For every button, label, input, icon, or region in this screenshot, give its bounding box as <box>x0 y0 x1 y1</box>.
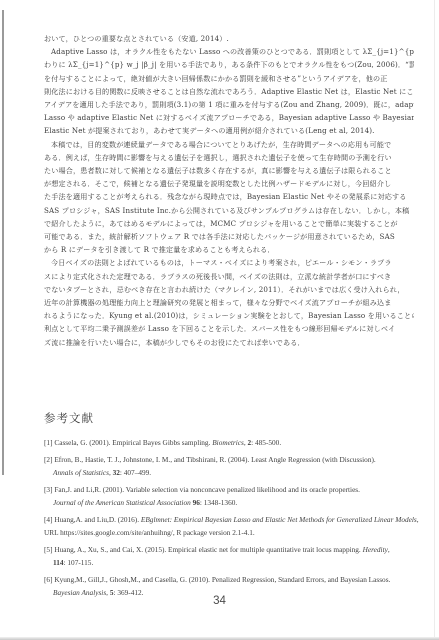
reference-authors: Cassela, G. (2001). Empirical Bayes Gibb… <box>54 438 210 447</box>
text-line: Elastic Net が提案されており，あわせて実データへの適用例が紹介されて… <box>44 124 414 137</box>
reference-item: [1] Cassela, G. (2001). Empirical Bayes … <box>44 436 424 449</box>
text-line: Adaptive Lasso は，オラクル性をもたない Lasso への改善策の… <box>44 45 414 58</box>
text-line: で紹介したように，あてはめるモデルによっては，MCMC プロシジャを用いることで… <box>44 217 414 230</box>
reference-item: [2] Efron, B., Hastie, T. J., Johnstone,… <box>44 453 424 479</box>
reference-journal: Annals of Statistics <box>53 468 109 477</box>
paragraph-adaptive-lasso: Adaptive Lasso は，オラクル性をもたない Lasso への改善策の… <box>44 45 414 137</box>
reference-pages: : 1348-1360. <box>200 498 237 507</box>
text-line: が想定される．そこで，候補となる遺伝子発現量を説明変数とした比例ハザードモデルに… <box>44 177 414 190</box>
reference-journal: Biometrics <box>212 438 244 447</box>
text-line: を付与することによって，絶対値が大きい回帰係数にかかる罰則を緩和させる”というア… <box>44 72 414 85</box>
reference-authors: Huang, A., Xu, S., and Cai, X. (2015). E… <box>54 545 360 554</box>
reference-authors: Huang,A. and Liu,D. (2016). <box>54 515 139 524</box>
text-line: でないタブーとされ，忌むべき存在と言われ続けた（マクレイン, 2011）．それが… <box>44 283 414 296</box>
page-number: 34 <box>0 595 439 607</box>
text-line: ズ流に推論を行いたい場合に，本稿が少しでもそのお役にたてれば幸いである． <box>44 336 414 349</box>
paragraph-survival-application: 本稿では，目的変数が連続量データである場合についてとりあげたが，生存時間データへ… <box>44 138 414 257</box>
text-line: 可能である．また，統計解析ソフトウェア R では各手法に対応したパッケージが用意… <box>44 230 414 243</box>
reference-authors: Fan,J. and Li,R. (2001). Variable select… <box>54 485 360 494</box>
text-line: た手法を適用することが考えられる．残念ながら現時点では，Bayesian Ela… <box>44 190 414 203</box>
reference-pages: : 107-115. <box>64 558 94 567</box>
scan-edge-right <box>434 0 435 640</box>
reference-volume: 32 <box>113 468 120 477</box>
reference-label: [6] <box>44 575 53 584</box>
scan-edge-left <box>2 10 4 475</box>
reference-label: [2] <box>44 455 53 464</box>
paragraph-bayes-history: 今日ベイズの法則とよばれているものは，トーマス・ベイズにより考案され，ピエール・… <box>44 256 414 348</box>
paragraph-continuation: おいて，ひとつの重要な点とされている（安道, 2014）. <box>44 32 414 45</box>
references-heading: 参考文献 <box>44 410 94 426</box>
text-line: おいて，ひとつの重要な点とされている（安道, 2014）. <box>44 32 414 45</box>
text-line: スにより定式化された定理である．ラプラスの死後長い間，ベイズの法則は，立派な統計… <box>44 270 414 283</box>
reference-label: [3] <box>44 485 53 494</box>
text-line: 近年の計算機器の処理能力向上と理論研究の発展と相まって，様々な分野でベイズ流アプ… <box>44 296 414 309</box>
reference-authors: Kyung,M., Gill,J., Ghosh,M., and Casella… <box>54 575 390 584</box>
reference-volume: 114 <box>53 558 64 567</box>
text-line: SAS プロシジャ，SAS Institute Inc.から公開されている及びサ… <box>44 204 414 217</box>
reference-journal: EBglmnet: Empirical Bayesian Lasso and E… <box>141 515 417 524</box>
reference-pages: : 485-500. <box>251 438 281 447</box>
text-line: 今日ベイズの法則とよばれているものは，トーマス・ベイズにより考案され，ピエール・… <box>44 256 414 269</box>
reference-list: [1] Cassela, G. (2001). Empirical Bayes … <box>44 436 424 603</box>
page-body: おいて，ひとつの重要な点とされている（安道, 2014）. Adaptive L… <box>44 32 414 349</box>
reference-item: [3] Fan,J. and Li,R. (2001). Variable se… <box>44 483 424 509</box>
text-line: わりに λΣ_{j=1}^{p} w_j |β_j| を用いる手法であり，ある条… <box>44 58 414 71</box>
reference-label: [5] <box>44 545 53 554</box>
reference-journal: Heredity <box>363 545 388 554</box>
reference-label: [4] <box>44 515 53 524</box>
text-line: 則化法における目的関数に反映させることは自然な流れであろう．Adaptive E… <box>44 85 414 98</box>
text-line: 利点として平均二乗予測誤差が Lasso を下回ることを示した．スパース性をもつ… <box>44 322 414 335</box>
text-line: から R にデータを引き渡して R で推定量を求めることも考えられる． <box>44 243 414 256</box>
reference-authors: Efron, B., Hastie, T. J., Johnstone, I. … <box>54 455 375 464</box>
reference-pages: : 407–499. <box>120 468 151 477</box>
reference-journal: Journal of the American Statistical Asso… <box>53 498 191 507</box>
reference-item: [4] Huang,A. and Liu,D. (2016). EBglmnet… <box>44 513 424 539</box>
text-line: アイデアを適用した手法であり，罰則項(3.1)の第 1 項に重みを付与する(Zo… <box>44 98 414 111</box>
reference-item: [5] Huang, A., Xu, S., and Cai, X. (2015… <box>44 543 424 569</box>
reference-label: [1] <box>44 438 53 447</box>
text-line: 本稿では，目的変数が連続量データである場合についてとりあげたが，生存時間データへ… <box>44 138 414 151</box>
text-line: たい場合，患者数に対して候補となる遺伝子は数多く存在するが，真に影響を与える遺伝… <box>44 164 414 177</box>
text-line: れるようになった．Kyung et al.(2010)は，シミュレーション実験を… <box>44 309 414 322</box>
text-line: Lasso や adaptive Elastic Net に対するベイズ流アプロ… <box>44 111 414 124</box>
reference-volume: 96 <box>193 498 200 507</box>
text-line: ある．例えば，生存時間に影響を与える遺伝子を選択し，選択された遺伝子を使って生存… <box>44 151 414 164</box>
